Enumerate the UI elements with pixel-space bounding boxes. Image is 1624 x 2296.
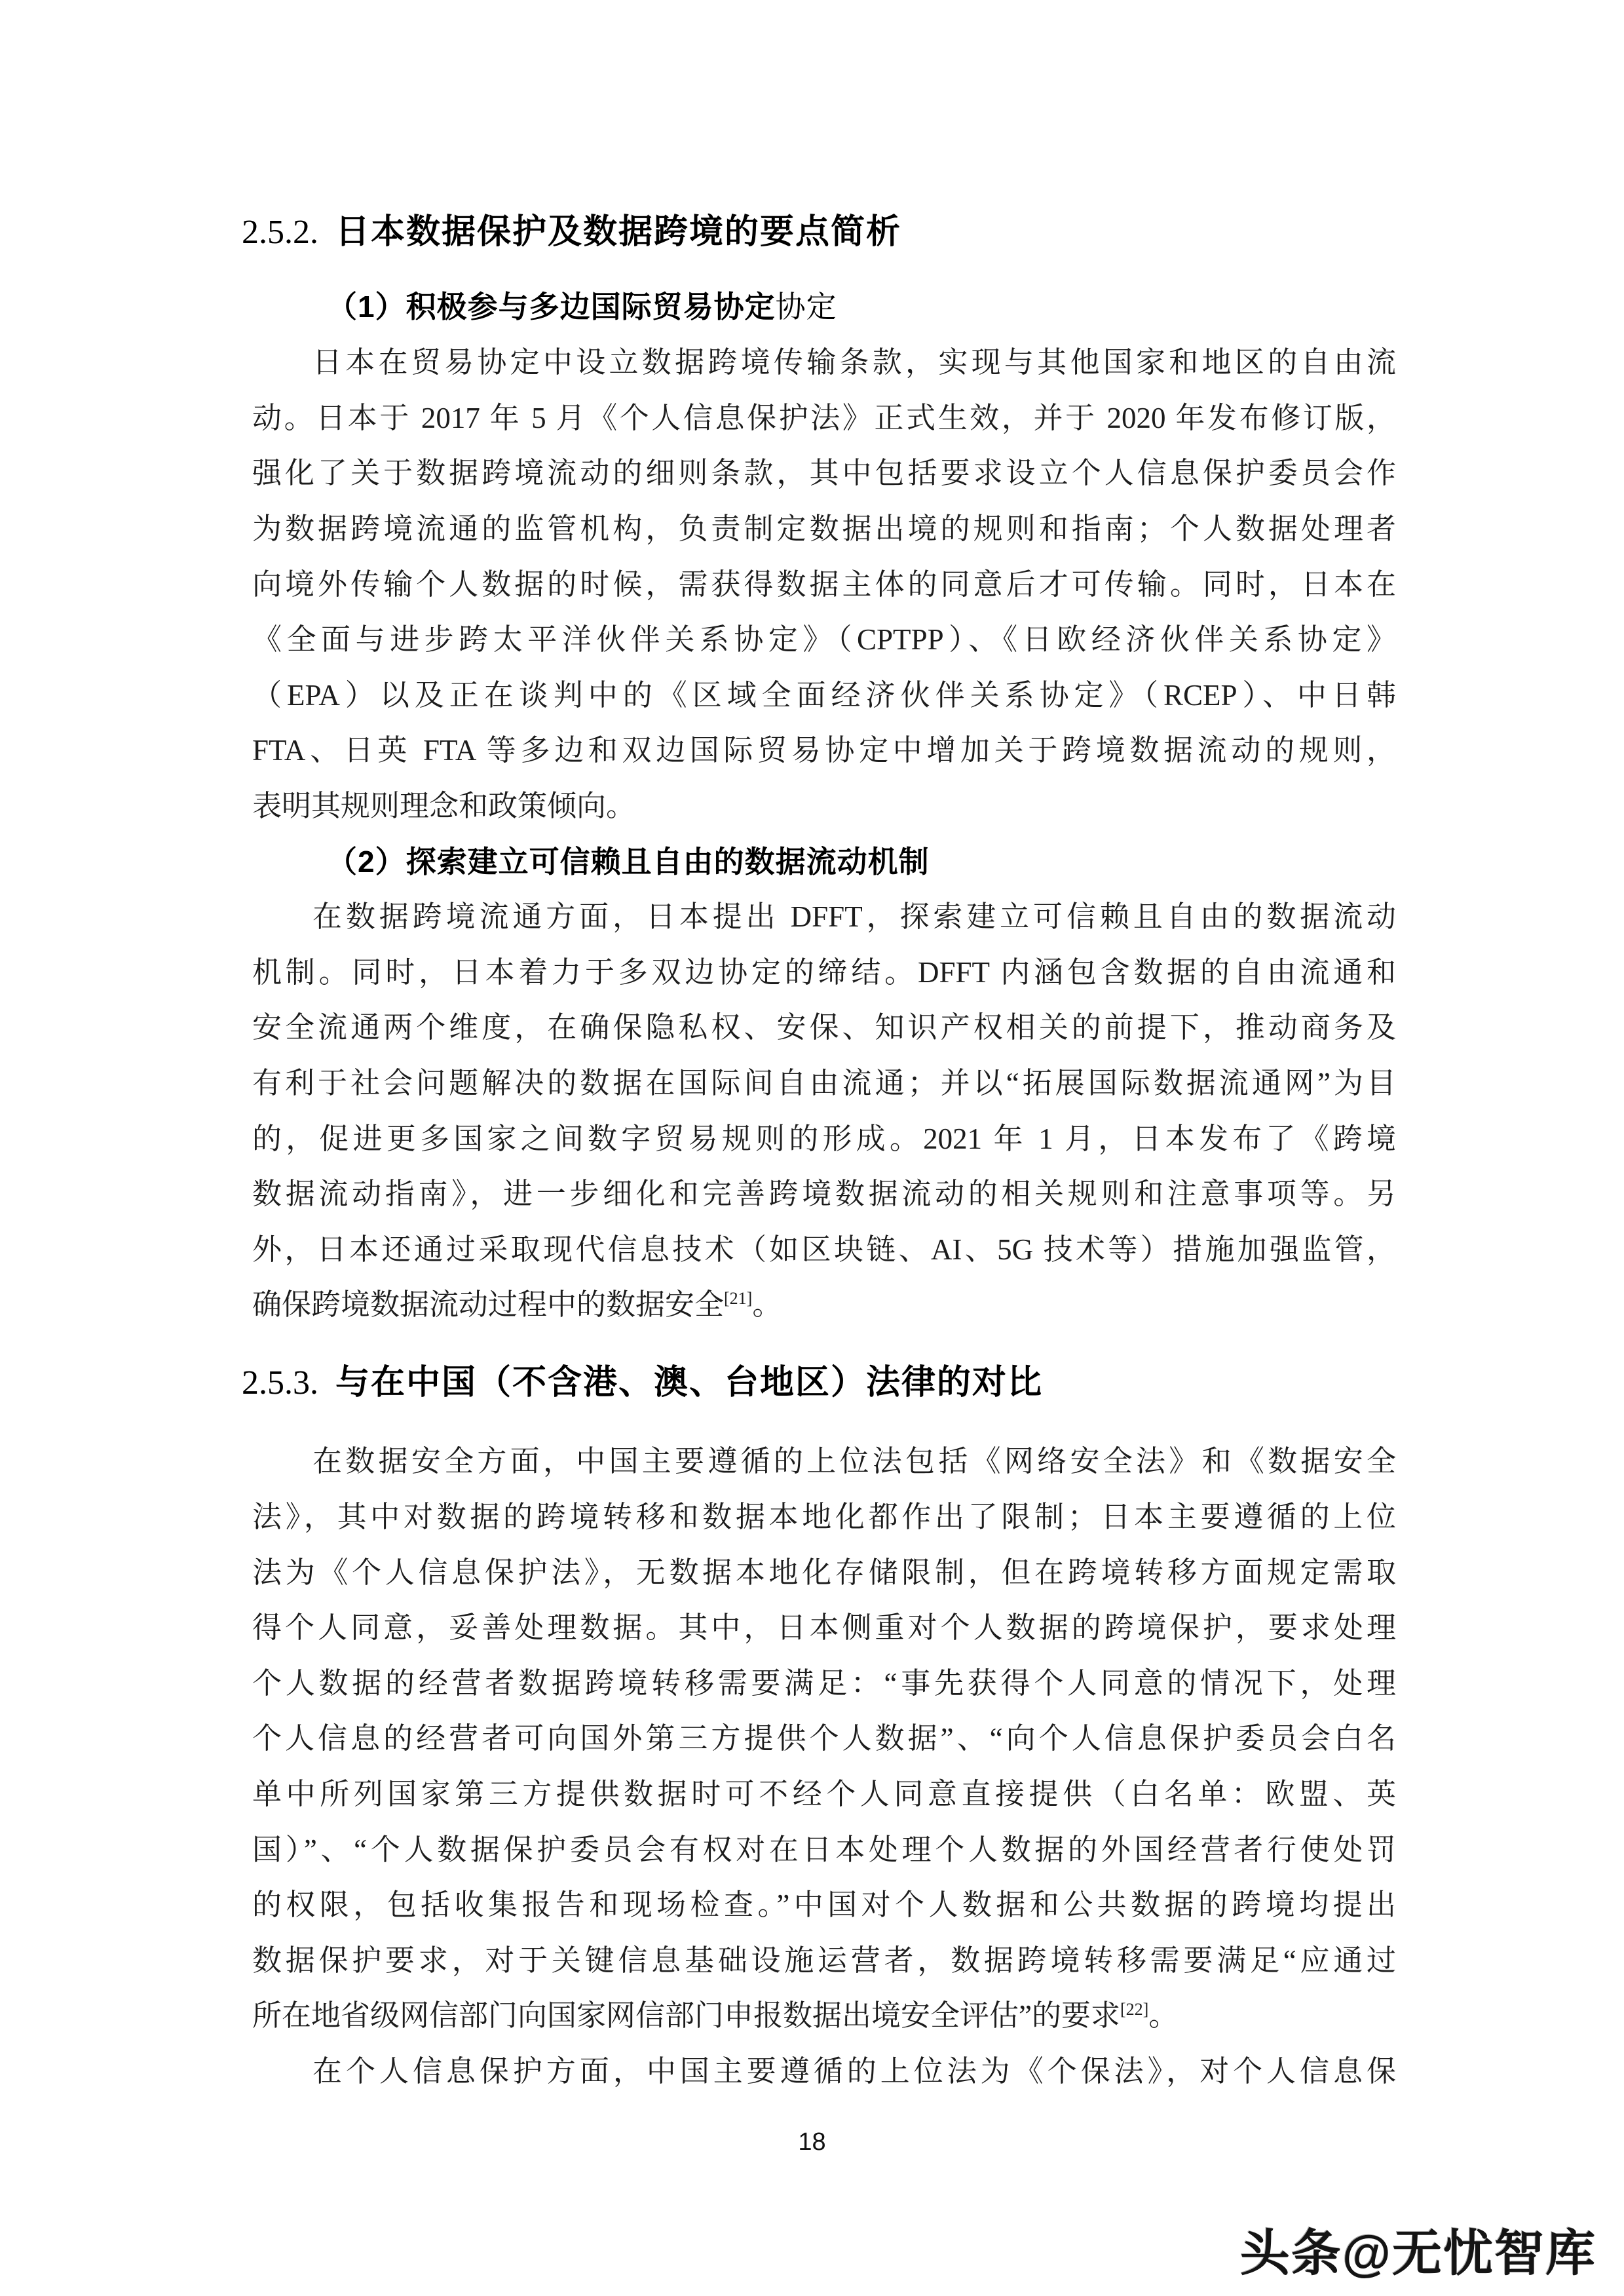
watermark: 头条@无忧智库 bbox=[1240, 2213, 1596, 2285]
paragraph-line: 向境外传输个人数据的时候，需获得数据主体的同意后才可传输。同时，日本在 bbox=[252, 557, 1396, 613]
paragraph-line: 得个人同意，妥善处理数据。其中，日本侧重对个人数据的跨境保护，要求处理 bbox=[252, 1600, 1396, 1656]
section-heading-252: 2.5.2.日本数据保护及数据跨境的要点简析 bbox=[242, 204, 1396, 261]
section-number: 2.5.3. bbox=[242, 1364, 318, 1402]
section-number: 2.5.2. bbox=[242, 214, 318, 251]
paragraph-line: 有利于社会问题解决的数据在国际间自由流通；并以“拓展国际数据流通网”为目 bbox=[252, 1056, 1396, 1111]
paragraph-line: 个人信息的经营者可向国外第三方提供个人数据”、“向个人信息保护委员会白名 bbox=[252, 1711, 1396, 1767]
paragraph-line: 的权限，包括收集报告和现场检查。”中国对个人数据和公共数据的跨境均提出 bbox=[252, 1877, 1396, 1933]
subheading-1-label: （1）积极参与多边国际贸易协定 bbox=[327, 290, 776, 324]
paragraph-line: 国）”、“个人数据保护委员会有权对在日本处理个人数据的外国经营者行使处罚 bbox=[252, 1822, 1396, 1878]
paragraph-line: （EPA）以及正在谈判中的《区域全面经济伙伴关系协定》（RCEP）、中日韩 bbox=[252, 668, 1396, 723]
page-number: 18 bbox=[0, 2128, 1624, 2156]
document-page: 2.5.2.日本数据保护及数据跨境的要点简析 （1）积极参与多边国际贸易协定协定… bbox=[0, 0, 1624, 2296]
paragraph-line: 在个人信息保护方面，中国主要遵循的上位法为《个保法》，对个人信息保 bbox=[252, 2044, 1396, 2099]
paragraph-line: 在数据安全方面，中国主要遵循的上位法包括《网络安全法》和《数据安全 bbox=[252, 1434, 1396, 1489]
paragraph-line: 在数据跨境流通方面，日本提出 DFFT，探索建立可信赖且自由的数据流动 bbox=[252, 889, 1396, 945]
paragraph-line: 单中所列国家第三方提供数据时可不经个人同意直接提供（白名单：欧盟、英 bbox=[252, 1767, 1396, 1822]
paragraph-line: 的，促进更多国家之间数字贸易规则的形成。2021 年 1 月，日本发布了《跨境 bbox=[252, 1111, 1396, 1167]
document-body: 2.5.2.日本数据保护及数据跨境的要点简析 （1）积极参与多边国际贸易协定协定… bbox=[252, 204, 1396, 2099]
paragraph-line: 《全面与进步跨太平洋伙伴关系协定》（CPTPP）、《日欧经济伙伴关系协定》 bbox=[252, 612, 1396, 668]
paragraph-line: 外，日本还通过采取现代信息技术（如区块链、AI、5G 技术等）措施加强监管， bbox=[252, 1222, 1396, 1278]
paragraph-line: 动。日本于 2017 年 5 月《个人信息保护法》正式生效，并于 2020 年发… bbox=[252, 391, 1396, 446]
paragraph-line: 数据保护要求，对于关键信息基础设施运营者，数据跨境转移需要满足“应通过 bbox=[252, 1933, 1396, 1989]
section-title: 与在中国（不含港、澳、台地区）法律的对比 bbox=[335, 1364, 1043, 1402]
paragraph-line: 数据流动指南》，进一步细化和完善跨境数据流动的相关规则和注意事项等。另 bbox=[252, 1166, 1396, 1222]
paragraph-line: 所在地省级网信部门向国家网信部门申报数据出境安全评估”的要求[22]。 bbox=[252, 1988, 1396, 2044]
subheading-2-label: （2）探索建立可信赖且自由的数据流动机制 bbox=[327, 845, 930, 879]
paragraph-line: 强化了关于数据跨境流动的细则条款，其中包括要求设立个人信息保护委员会作 bbox=[252, 446, 1396, 501]
paragraph-2: 在数据跨境流通方面，日本提出 DFFT，探索建立可信赖且自由的数据流动 机制。同… bbox=[252, 889, 1396, 1333]
paragraph-line: 日本在贸易协定中设立数据跨境传输条款，实现与其他国家和地区的自由流 bbox=[252, 335, 1396, 391]
paragraph-line: 法为《个人信息保护法》，无数据本地化存储限制，但在跨境转移方面规定需取 bbox=[252, 1545, 1396, 1601]
subheading-1-tail: 协定 bbox=[776, 290, 837, 324]
section-title: 日本数据保护及数据跨境的要点简析 bbox=[335, 213, 901, 251]
paragraph-3: 在数据安全方面，中国主要遵循的上位法包括《网络安全法》和《数据安全 法》，其中对… bbox=[252, 1434, 1396, 2044]
subheading-1: （1）积极参与多边国际贸易协定协定 bbox=[252, 279, 1396, 335]
paragraph-4: 在个人信息保护方面，中国主要遵循的上位法为《个保法》，对个人信息保 bbox=[252, 2044, 1396, 2099]
paragraph-1: 日本在贸易协定中设立数据跨境传输条款，实现与其他国家和地区的自由流 动。日本于 … bbox=[252, 335, 1396, 833]
paragraph-line: 安全流通两个维度，在确保隐私权、安保、知识产权相关的前提下，推动商务及 bbox=[252, 1000, 1396, 1056]
paragraph-line: 为数据跨境流通的监管机构，负责制定数据出境的规则和指南；个人数据处理者 bbox=[252, 501, 1396, 557]
section-heading-253: 2.5.3.与在中国（不含港、澳、台地区）法律的对比 bbox=[242, 1355, 1396, 1411]
paragraph-line: 法》，其中对数据的跨境转移和数据本地化都作出了限制；日本主要遵循的上位 bbox=[252, 1489, 1396, 1545]
paragraph-line: 确保跨境数据流动过程中的数据安全[21]。 bbox=[252, 1277, 1396, 1333]
paragraph-line: 机制。同时，日本着力于多双边协定的缔结。DFFT 内涵包含数据的自由流通和 bbox=[252, 945, 1396, 1001]
subheading-2: （2）探索建立可信赖且自由的数据流动机制 bbox=[252, 834, 1396, 890]
paragraph-line: FTA、日英 FTA 等多边和双边国际贸易协定中增加关于跨境数据流动的规则， bbox=[252, 723, 1396, 778]
paragraph-line: 个人数据的经营者数据跨境转移需要满足：“事先获得个人同意的情况下，处理 bbox=[252, 1656, 1396, 1712]
paragraph-line: 表明其规则理念和政策倾向。 bbox=[252, 778, 1396, 834]
